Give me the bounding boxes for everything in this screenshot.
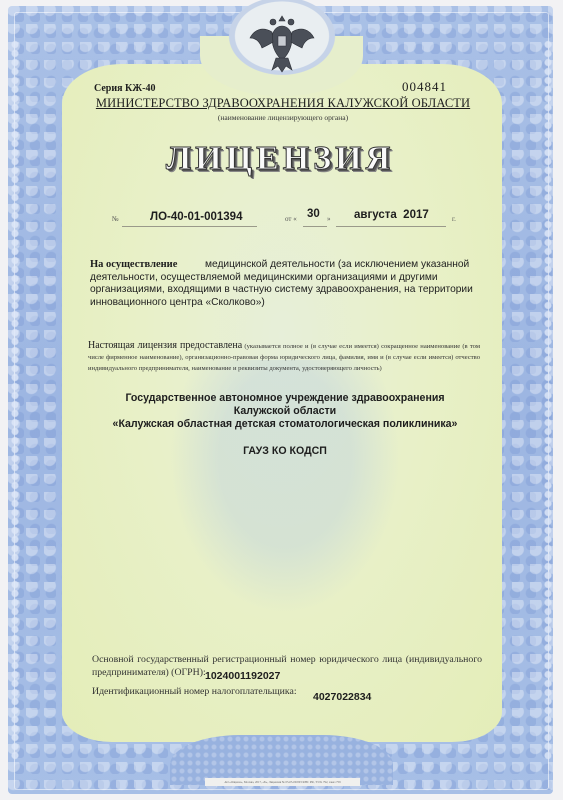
organization-line: «Калужская областная детская стоматологи… xyxy=(95,418,475,431)
ogrn-label: Основной государственный регистрационный… xyxy=(92,653,482,679)
ogrn-value: 1024001192027 xyxy=(205,670,280,682)
activity-label: На осуществление xyxy=(90,259,177,270)
day-underline xyxy=(303,226,327,227)
series-label: Серия КЖ-40 xyxy=(94,83,155,94)
date-quote-close: » xyxy=(327,215,331,223)
granted-label: Настоящая лицензия предоставлена xyxy=(88,340,242,351)
organization-name: Государственное автономное учреждение зд… xyxy=(95,392,475,431)
authority-caption: (наименование лицензирующего органа) xyxy=(88,113,478,122)
double-headed-eagle-icon xyxy=(246,8,318,74)
date-prefix: от « xyxy=(285,215,297,223)
inn-label: Идентификационный номер налогоплательщик… xyxy=(92,686,297,697)
document-title: ЛИЦЕНЗИЯ xyxy=(130,140,430,178)
form-number: 004841 xyxy=(402,79,447,95)
licensing-authority: МИНИСТЕРСТВО ЗДРАВООХРАНЕНИЯ КАЛУЖСКОЙ О… xyxy=(88,96,478,111)
organization-short-name: ГАУЗ КО КОДСП xyxy=(95,445,475,457)
organization-line: Государственное автономное учреждение зд… xyxy=(95,392,475,405)
license-document: Серия КЖ-40 004841 МИНИСТЕРСТВО ЗДРАВООХ… xyxy=(0,0,563,800)
printer-imprint: АО «Опцион», Москва, 2017, «Б», Лицензия… xyxy=(205,778,360,786)
license-day: 30 xyxy=(307,208,320,220)
granted-to-block: Настоящая лицензия предоставлена (указыв… xyxy=(88,340,480,374)
organization-line: Калужской области xyxy=(95,405,475,418)
license-month-year: августа 2017 xyxy=(354,209,429,221)
frame-edge-left xyxy=(10,40,20,760)
license-number: ЛО-40-01-001394 xyxy=(150,211,242,223)
inn-value: 4027022834 xyxy=(313,691,371,703)
number-underline xyxy=(122,226,257,227)
number-prefix: № xyxy=(112,215,119,223)
date-suffix: г. xyxy=(452,215,456,223)
month-underline xyxy=(336,226,446,227)
frame-edge-right xyxy=(543,40,553,760)
